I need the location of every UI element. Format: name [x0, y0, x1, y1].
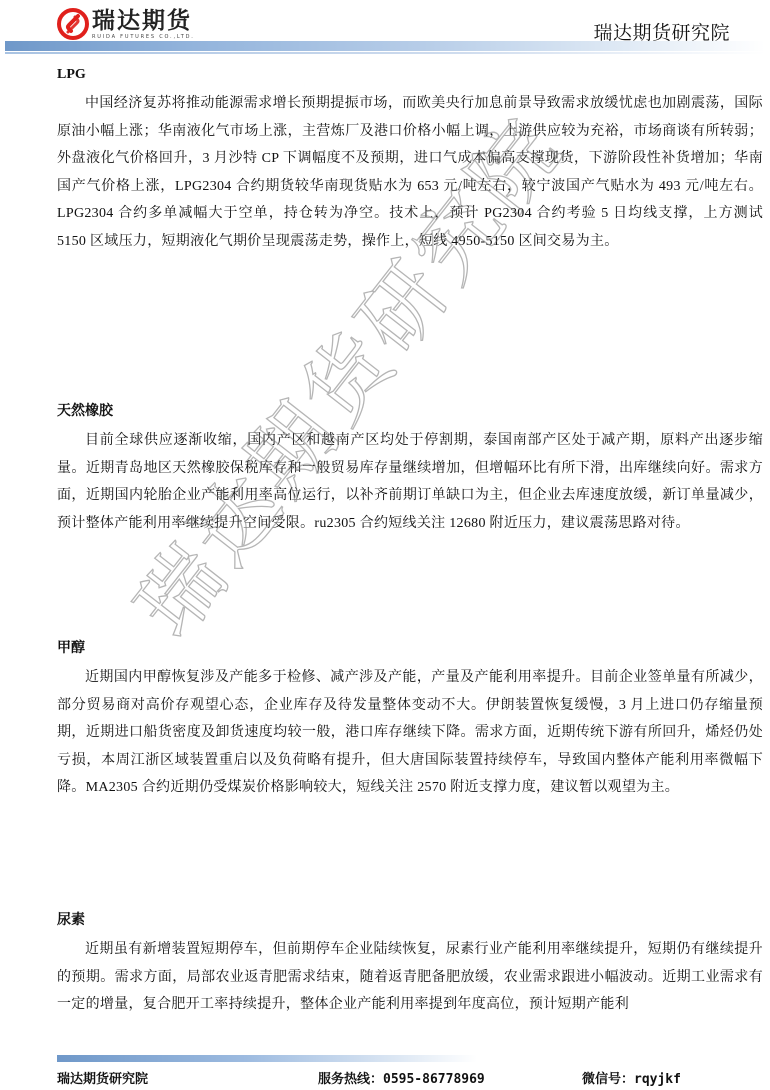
- section-title: 天然橡胶: [57, 402, 763, 422]
- section-natural-rubber: 天然橡胶 目前全球供应逐渐收缩，国内产区和越南产区均处于停割期，泰国南部产区处于…: [57, 402, 763, 537]
- section-body: 近期国内甲醇恢复涉及产能多于检修、减产涉及产能，产量及产能利用率提升。目前企业签…: [57, 659, 763, 802]
- section-lpg: LPG 中国经济复苏将推动能源需求增长预期提振市场，而欧美央行加息前景导致需求放…: [57, 65, 763, 255]
- footer-wechat: 微信号：rqyjkf: [582, 1068, 681, 1087]
- section-methanol: 甲醇 近期国内甲醇恢复涉及产能多于检修、减产涉及产能，产量及产能利用率提升。目前…: [57, 639, 763, 802]
- page-header: 瑞达期货 RUIDA FUTURES CO.,LTD. 瑞达期货研究院: [0, 0, 770, 56]
- header-divider-bar: [5, 41, 765, 51]
- footer-hotline: 服务热线：0595-86778969: [318, 1068, 485, 1087]
- section-body: 近期虽有新增装置短期停车，但前期停车企业陆续恢复，尿素行业产能利用率继续提升，短…: [57, 931, 763, 1019]
- logo-english-name: RUIDA FUTURES CO.,LTD.: [92, 34, 195, 40]
- section-urea: 尿素 近期虽有新增装置短期停车，但前期停车企业陆续恢复，尿素行业产能利用率继续提…: [57, 911, 763, 1019]
- logo-chinese-name: 瑞达期货: [92, 9, 195, 34]
- ruida-logo-icon: [57, 8, 89, 40]
- section-title: 甲醇: [57, 639, 763, 659]
- footer-divider-bar: [57, 1055, 477, 1062]
- section-title: 尿素: [57, 911, 763, 931]
- page-footer: 瑞达期货研究院 服务热线：0595-86778969 微信号：rqyjkf: [0, 1068, 770, 1088]
- footer-org-name: 瑞达期货研究院: [57, 1068, 148, 1087]
- section-body: 目前全球供应逐渐收缩，国内产区和越南产区均处于停割期，泰国南部产区处于减产期，原…: [57, 422, 763, 537]
- section-title: LPG: [57, 65, 763, 85]
- header-divider-line: [5, 52, 765, 54]
- company-logo: 瑞达期货 RUIDA FUTURES CO.,LTD.: [57, 6, 195, 42]
- section-body: 中国经济复苏将推动能源需求增长预期提振市场，而欧美央行加息前景导致需求放缓忧虑也…: [57, 85, 763, 255]
